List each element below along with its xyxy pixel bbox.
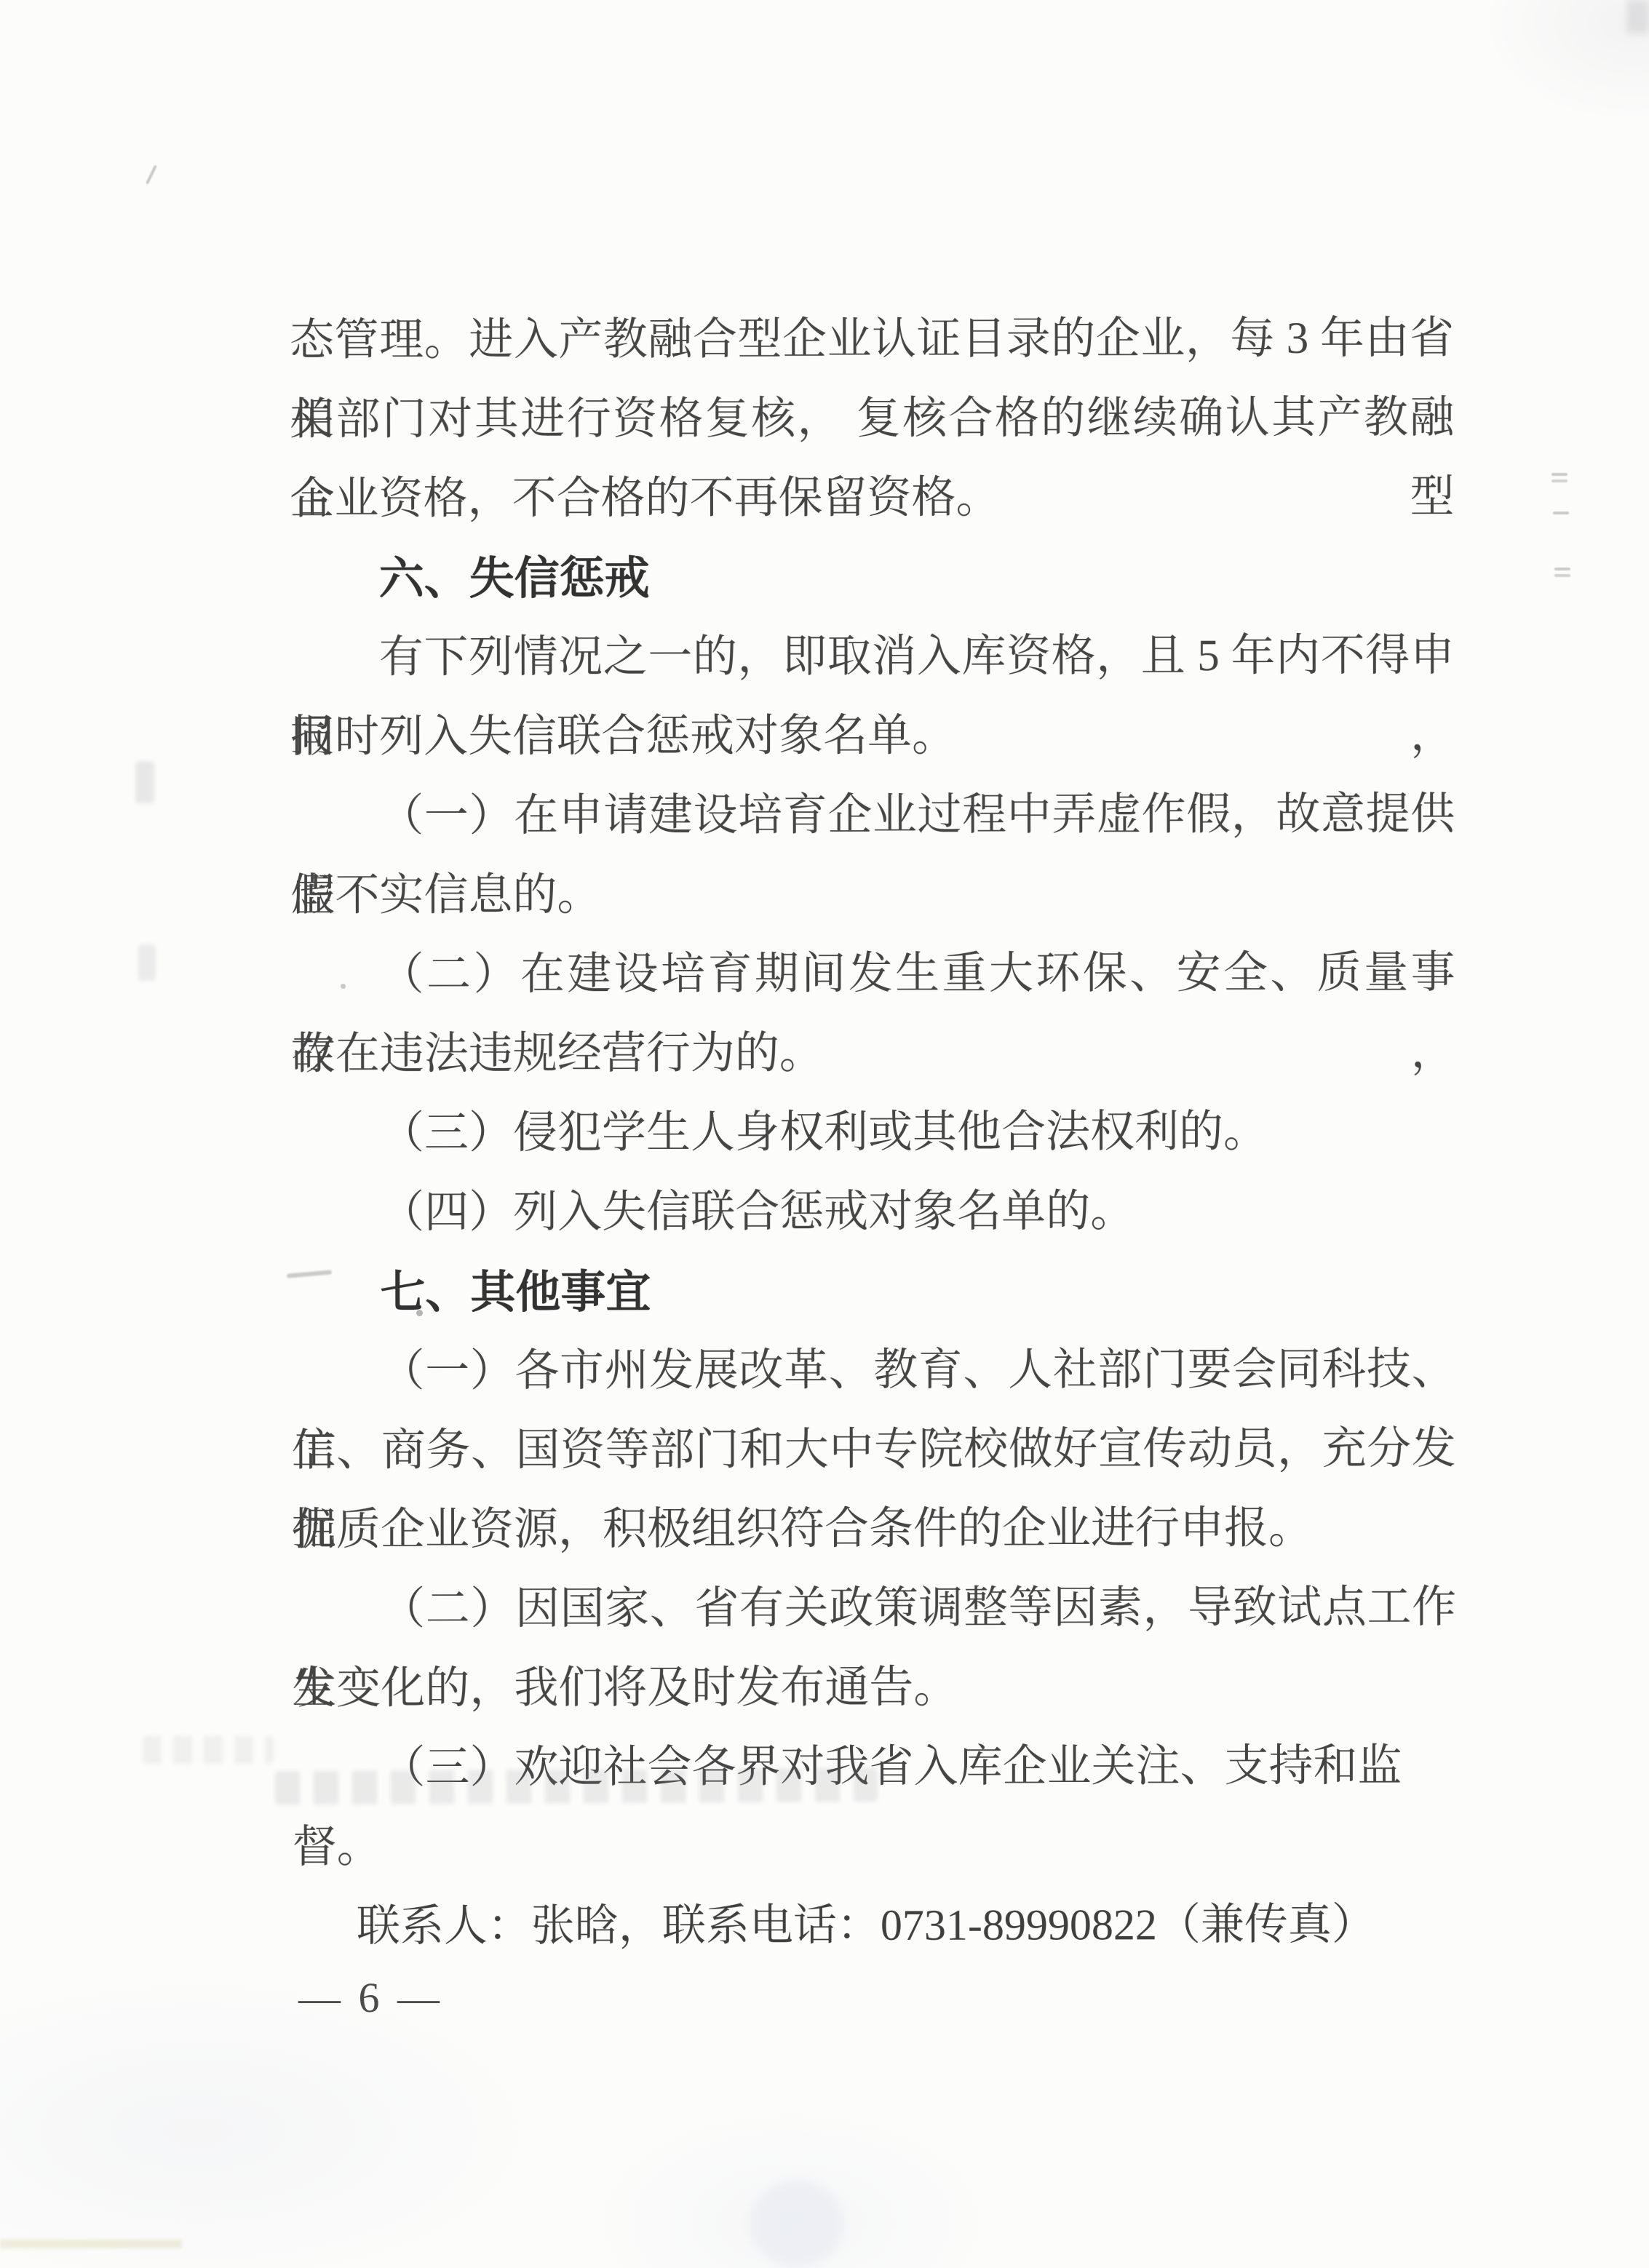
scan-artifact-right-margin-mark [1554, 568, 1570, 570]
list-item-3-line: （三）侵犯学生人身权利或其他合法权利的。 [291, 1092, 1455, 1174]
contact-line: 联系人：张晗，联系电话：0731-89990822（兼传真） [293, 1885, 1457, 1967]
list-item-1-line: （一）在申请建设培育企业过程中弄虚作假，故意提供虚 [290, 775, 1455, 856]
list-item-2-line: （二）因国家、省有关政策调整等因素，导致试点工作发 [292, 1568, 1456, 1650]
text-line: 态管理。进入产教融合型企业认证目录的企业，每 3 年由省相 [290, 299, 1454, 381]
list-item-1-line: 假不实信息的。 [290, 854, 1455, 936]
scanned-document-page: 态管理。进入产教融合型企业认证目录的企业，每 3 年由省相 关部门对其进行资格复… [0, 0, 1649, 2268]
list-item-1-line: 信、商务、国资等部门和大中专院校做好宣传动员，充分发掘 [292, 1409, 1456, 1491]
list-item-4-line: （四）列入失信联合惩戒对象名单的。 [291, 1171, 1455, 1253]
list-item-1-line: 优质企业资源，积极组织符合条件的企业进行申报。 [292, 1489, 1456, 1570]
list-item-1-line: （一）各市州发展改革、教育、人社部门要会同科技、工 [291, 1330, 1455, 1412]
text-line: 关部门对其进行资格复核， 复核合格的继续确认其产教融合型 [290, 378, 1454, 460]
scan-artifact-corner-smudge [1627, 0, 1649, 33]
scan-artifact-margin-smudge [138, 944, 156, 981]
list-item-3-line: （三）欢迎社会各界对我省入库企业关注、支持和监督。 [292, 1727, 1456, 1808]
list-item-2-line: （二）在建设培育期间发生重大环保、安全、质量事故， [291, 934, 1455, 1015]
scan-artifact-stroke [146, 165, 157, 185]
scan-artifact-right-margin-mark [1551, 473, 1567, 476]
text-line: 有下列情况之一的，即取消入库资格，且 5 年内不得申报， [290, 616, 1455, 698]
scan-artifact-right-margin-mark [1553, 512, 1569, 514]
list-item-2-line: 生变化的，我们将及时发布通告。 [292, 1647, 1456, 1729]
blank-line [293, 1806, 1457, 1887]
section-heading-six: 六、失信惩戒 [290, 537, 1455, 618]
scan-artifact-bottom-smudge [750, 2180, 844, 2267]
scan-artifact-bleedthrough-left [143, 1736, 274, 1764]
page-number: — 6 — [298, 1969, 443, 2027]
section-heading-seven: 七、其他事宜 [291, 1251, 1455, 1332]
scan-artifact-page-edge [0, 2240, 182, 2248]
document-body: 态管理。进入产教融合型企业认证目录的企业，每 3 年由省相 关部门对其进行资格复… [290, 299, 1457, 1967]
scan-artifact-margin-smudge [135, 761, 154, 803]
